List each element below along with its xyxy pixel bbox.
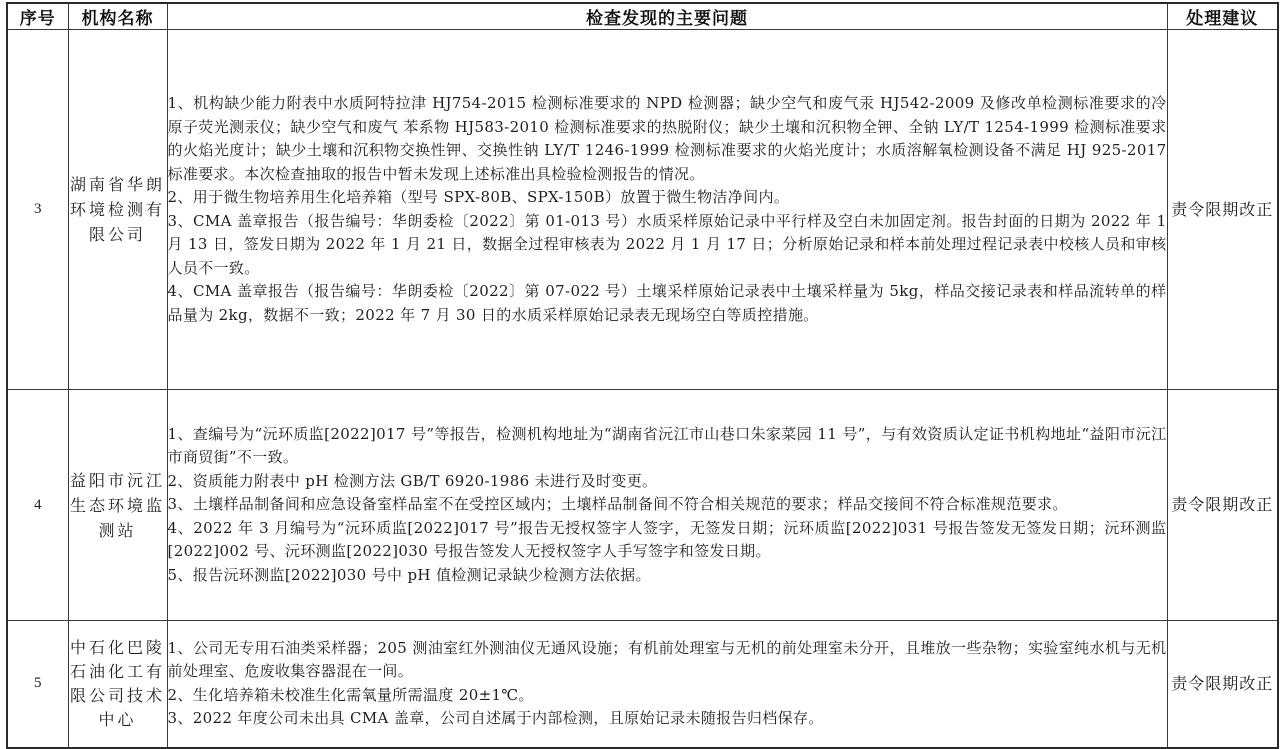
issues-list: 1、查编号为“沅环质监[2022]017 号”等报告，检测机构地址为“湖南省沅江… — [167, 390, 1167, 621]
action-recommendation: 责令限期改正 — [1167, 390, 1278, 621]
action-recommendation: 责令限期改正 — [1167, 30, 1278, 390]
table-row: 3 湖南省华朗环境检测有限公司 1、机构缺少能力附表中水质阿特拉津 HJ754-… — [7, 30, 1278, 390]
column-header-no: 序号 — [7, 3, 68, 30]
org-name: 中石化巴陵石油化工有限公司技术中心 — [68, 621, 167, 724]
org-name: 益阳市沅江生态环境监测站 — [68, 390, 167, 621]
inspection-findings-table: 序号 机构名称 检查发现的主要问题 处理建议 3 湖南省华朗环境检测有限公司 1… — [6, 2, 1279, 723]
issue-item: 3、CMA 盖章报告（报告编号：华朗委检〔2022〕第 01-013 号）水质采… — [168, 210, 1167, 281]
issue-item: 2、资质能力附表中 pH 检测方法 GB/T 6920-1986 未进行及时变更… — [168, 470, 1167, 494]
issue-item: 5、报告沅环测监[2022]030 号中 pH 值检测记录缺少检测方法依据。 — [168, 564, 1167, 588]
action-recommendation: 责令限期改正 — [1167, 621, 1278, 724]
column-header-action: 处理建议 — [1167, 3, 1278, 30]
issue-item: 1、机构缺少能力附表中水质阿特拉津 HJ754-2015 检测标准要求的 NPD… — [168, 92, 1167, 186]
issue-item: 1、查编号为“沅环质监[2022]017 号”等报告，检测机构地址为“湖南省沅江… — [168, 423, 1167, 470]
table-header-row: 序号 机构名称 检查发现的主要问题 处理建议 — [7, 3, 1278, 30]
row-number: 4 — [7, 390, 68, 621]
issues-list: 1、公司无专用石油类采样器；205 测油室红外测油仪无通风设施；有机前处理室与无… — [167, 621, 1167, 724]
column-header-issues: 检查发现的主要问题 — [167, 3, 1167, 30]
org-name: 湖南省华朗环境检测有限公司 — [68, 30, 167, 390]
issue-item: 2、生化培养箱未校准生化需氧量所需温度 20±1℃。 — [168, 684, 1167, 708]
issue-item: 2、用于微生物培养用生化培养箱（型号 SPX-80B、SPX-150B）放置于微… — [168, 186, 1167, 210]
column-header-org: 机构名称 — [68, 3, 167, 30]
issue-item: 3、土壤样品制备间和应急设备室样品室不在受控区域内；土壤样品制备间不符合相关规范… — [168, 493, 1167, 517]
issue-item: 4、2022 年 3 月编号为“沅环质监[2022]017 号”报告无授权签字人… — [168, 517, 1167, 564]
issues-list: 1、机构缺少能力附表中水质阿特拉津 HJ754-2015 检测标准要求的 NPD… — [167, 30, 1167, 390]
row-number: 5 — [7, 621, 68, 724]
table-row: 4 益阳市沅江生态环境监测站 1、查编号为“沅环质监[2022]017 号”等报… — [7, 390, 1278, 621]
issue-item: 1、公司无专用石油类采样器；205 测油室红外测油仪无通风设施；有机前处理室与无… — [168, 637, 1167, 684]
issue-item: 3、2022 年度公司未出具 CMA 盖章，公司自述属于内部检测，且原始记录未随… — [168, 707, 1167, 723]
issue-item: 4、CMA 盖章报告（报告编号：华朗委检〔2022〕第 07-022 号）土壤采… — [168, 280, 1167, 327]
row-number: 3 — [7, 30, 68, 390]
table-row: 5 中石化巴陵石油化工有限公司技术中心 1、公司无专用石油类采样器；205 测油… — [7, 621, 1278, 724]
